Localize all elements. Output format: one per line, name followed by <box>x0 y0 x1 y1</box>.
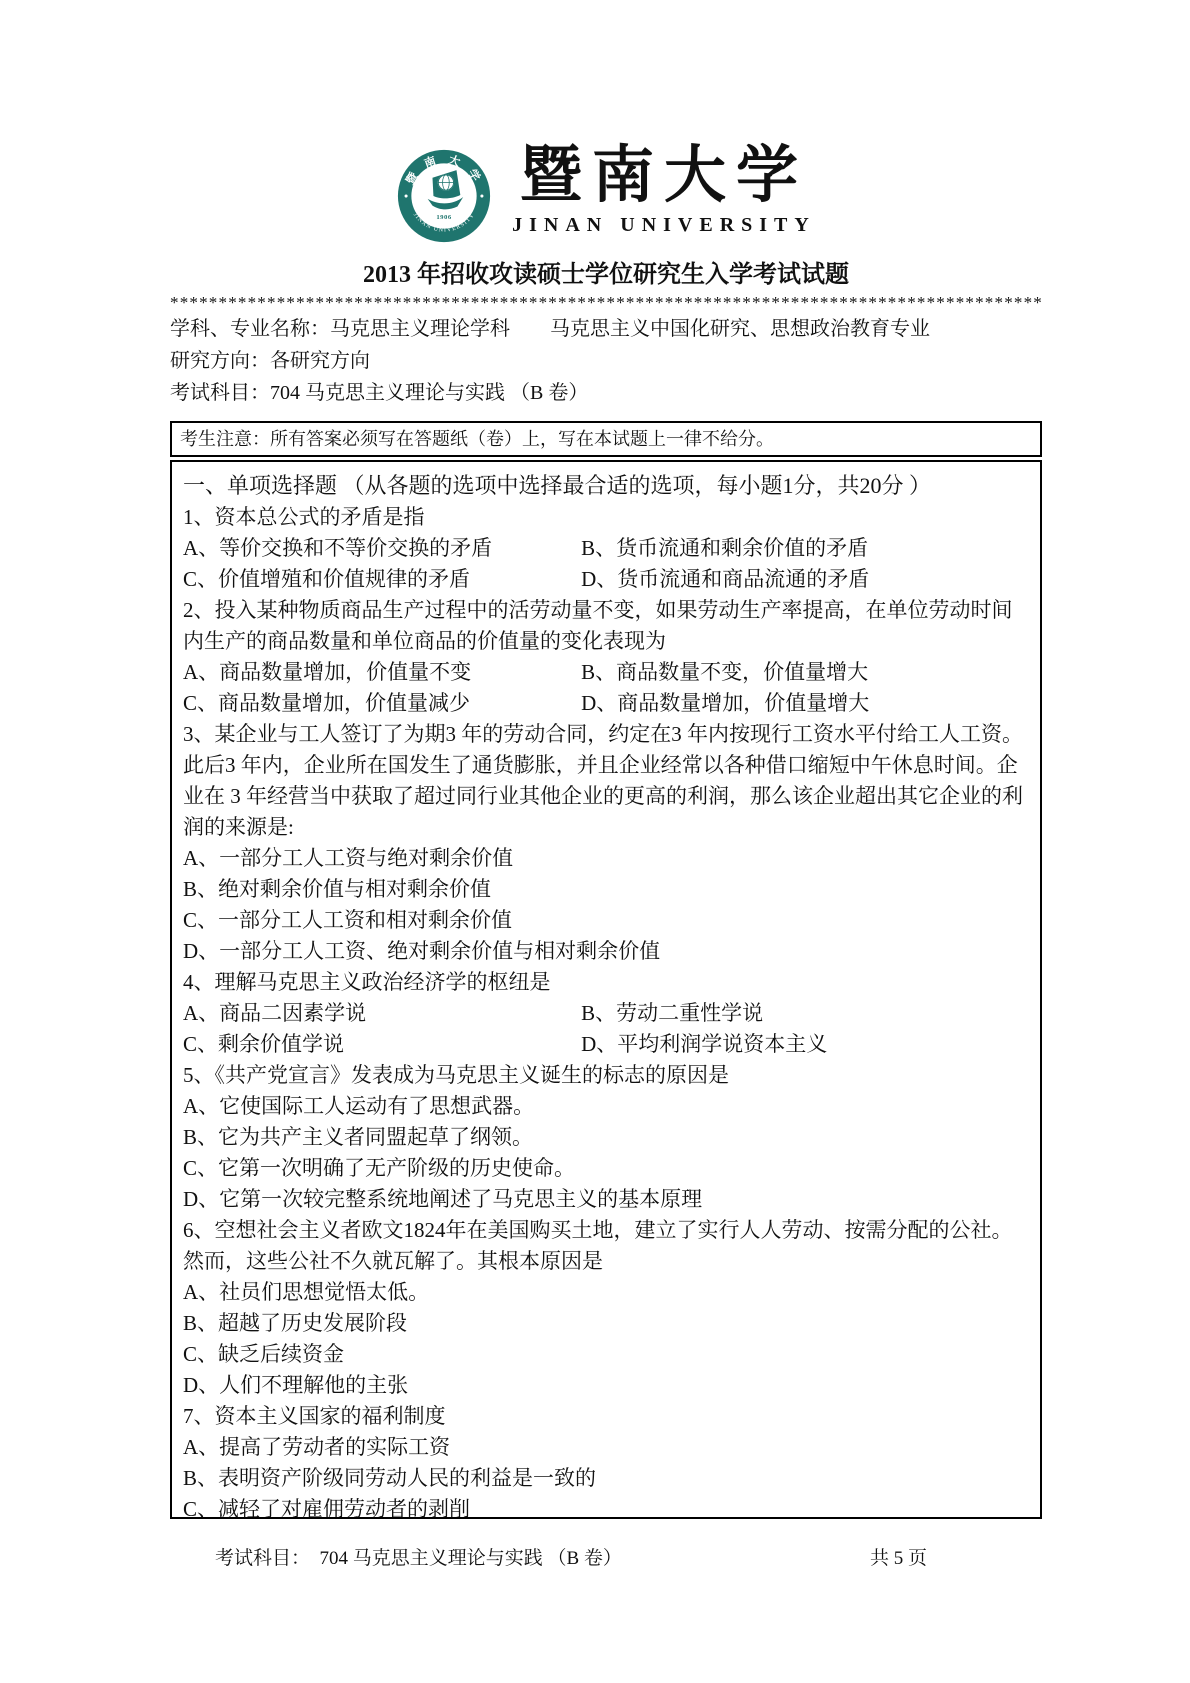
option-row: A、社员们思想觉悟太低。 <box>183 1277 1030 1308</box>
university-name-en: JINAN UNIVERSITY <box>512 212 816 238</box>
subject-line: 学科、专业名称：马克思主义理论学科 马克思主义中国化研究、思想政治教育专业 <box>170 314 1042 345</box>
option: A、商品二因素学说 <box>183 998 581 1029</box>
university-name-cn: 暨南大学 <box>520 140 808 212</box>
svg-text:1906: 1906 <box>436 214 452 221</box>
exam-title: 2013 年招收攻读硕士学位研究生入学考试试题 <box>170 260 1042 290</box>
option: C、剩余价值学说 <box>183 1029 581 1060</box>
research-direction-line: 研究方向：各研究方向 <box>170 346 1042 377</box>
university-logo: 暨 南 大 学 JINAN UNIVERSITY 1906 暨南大学 JINAN… <box>170 140 1042 256</box>
option-row: A、一部分工人工资与绝对剩余价值 <box>183 843 1030 874</box>
option: C、一部分工人工资和相对剩余价值 <box>183 905 1030 936</box>
university-name: 暨南大学 JINAN UNIVERSITY <box>512 140 816 238</box>
section-title: 一、单项选择题 （从各题的选项中选择最合适的选项，每小题1分，共20分 ） <box>183 469 1030 502</box>
option-row: C、减轻了对雇佣劳动者的剥削 <box>183 1494 1030 1519</box>
course-line: 考试科目：704 马克思主义理论与实践 （B 卷） <box>170 378 1042 409</box>
option-row: C、它第一次明确了无产阶级的历史使命。 <box>183 1153 1030 1184</box>
option-row: A、商品二因素学说B、劳动二重性学说 <box>183 998 1030 1029</box>
option-row: C、商品数量增加，价值量减少D、商品数量增加，价值量增大 <box>183 688 1030 719</box>
footer-course: 考试科目： 704 马克思主义理论与实践 （B 卷） <box>215 1546 622 1572</box>
option-row: C、一部分工人工资和相对剩余价值 <box>183 905 1030 936</box>
option: D、商品数量增加，价值量增大 <box>581 688 869 719</box>
option: D、它第一次较完整系统地阐述了马克思主义的基本原理 <box>183 1184 1030 1215</box>
option-row: A、商品数量增加，价值量不变B、商品数量不变，价值量增大 <box>183 657 1030 688</box>
option: C、它第一次明确了无产阶级的历史使命。 <box>183 1153 1030 1184</box>
option-row: D、它第一次较完整系统地阐述了马克思主义的基本原理 <box>183 1184 1030 1215</box>
option: D、货币流通和商品流通的矛盾 <box>581 564 869 595</box>
question-box: 一、单项选择题 （从各题的选项中选择最合适的选项，每小题1分，共20分 ） 1、… <box>170 460 1042 1519</box>
option-row: B、超越了历史发展阶段 <box>183 1308 1030 1339</box>
option: A、商品数量增加，价值量不变 <box>183 657 581 688</box>
option: C、缺乏后续资金 <box>183 1339 1030 1370</box>
option: B、表明资产阶级同劳动人民的利益是一致的 <box>183 1463 1030 1494</box>
option-row: D、人们不理解他的主张 <box>183 1370 1030 1401</box>
option-row: C、价值增殖和价值规律的矛盾D、货币流通和商品流通的矛盾 <box>183 564 1030 595</box>
option: C、商品数量增加，价值量减少 <box>183 688 581 719</box>
option: B、商品数量不变，价值量增大 <box>581 657 868 688</box>
candidate-notice: 考生注意：所有答案必须写在答题纸（卷）上，写在本试题上一律不给分。 <box>170 421 1042 457</box>
option: A、等价交换和不等价交换的矛盾 <box>183 533 581 564</box>
question-text: 5、《共产党宣言》发表成为马克思主义诞生的标志的原因是 <box>183 1060 1030 1091</box>
questions-list: 1、资本总公式的矛盾是指A、等价交换和不等价交换的矛盾B、货币流通和剩余价值的矛… <box>183 502 1030 1519</box>
option: D、人们不理解他的主张 <box>183 1370 1030 1401</box>
option-row: C、剩余价值学说D、平均利润学说资本主义 <box>183 1029 1030 1060</box>
option-row: D、一部分工人工资、绝对剩余价值与相对剩余价值 <box>183 936 1030 967</box>
option: B、超越了历史发展阶段 <box>183 1308 1030 1339</box>
question-text: 6、空想社会主义者欧文1824年在美国购买土地，建立了实行人人劳动、按需分配的公… <box>183 1215 1030 1277</box>
option-row: C、缺乏后续资金 <box>183 1339 1030 1370</box>
exam-page: 暨 南 大 学 JINAN UNIVERSITY 1906 暨南大学 JINAN… <box>170 0 1042 1519</box>
option-row: A、提高了劳动者的实际工资 <box>183 1432 1030 1463</box>
option-row: B、绝对剩余价值与相对剩余价值 <box>183 874 1030 905</box>
question-text: 2、投入某种物质商品生产过程中的活劳动量不变，如果劳动生产率提高，在单位劳动时间… <box>183 595 1030 657</box>
option: A、它使国际工人运动有了思想武器。 <box>183 1091 1030 1122</box>
option: A、社员们思想觉悟太低。 <box>183 1277 1030 1308</box>
option: A、一部分工人工资与绝对剩余价值 <box>183 843 1030 874</box>
question-text: 4、理解马克思主义政治经济学的枢纽是 <box>183 967 1030 998</box>
option: B、绝对剩余价值与相对剩余价值 <box>183 874 1030 905</box>
question-text: 3、某企业与工人签订了为期3 年的劳动合同，约定在3 年内按现行工资水平付给工人… <box>183 719 1030 843</box>
footer-page-count: 共 5 页 <box>870 1546 927 1572</box>
university-emblem-icon: 暨 南 大 学 JINAN UNIVERSITY 1906 <box>396 148 492 244</box>
option: D、一部分工人工资、绝对剩余价值与相对剩余价值 <box>183 936 1030 967</box>
option-row: B、它为共产主义者同盟起草了纲领。 <box>183 1122 1030 1153</box>
option-row: A、它使国际工人运动有了思想武器。 <box>183 1091 1030 1122</box>
option: B、劳动二重性学说 <box>581 998 763 1029</box>
separator-line: ****************************************… <box>170 293 1042 313</box>
option: C、减轻了对雇佣劳动者的剥削 <box>183 1494 1030 1519</box>
question-text: 7、资本主义国家的福利制度 <box>183 1401 1030 1432</box>
option: C、价值增殖和价值规律的矛盾 <box>183 564 581 595</box>
option: A、提高了劳动者的实际工资 <box>183 1432 1030 1463</box>
option: B、它为共产主义者同盟起草了纲领。 <box>183 1122 1030 1153</box>
option: B、货币流通和剩余价值的矛盾 <box>581 533 868 564</box>
option-row: A、等价交换和不等价交换的矛盾B、货币流通和剩余价值的矛盾 <box>183 533 1030 564</box>
option: D、平均利润学说资本主义 <box>581 1029 827 1060</box>
question-text: 1、资本总公式的矛盾是指 <box>183 502 1030 533</box>
option-row: B、表明资产阶级同劳动人民的利益是一致的 <box>183 1463 1030 1494</box>
